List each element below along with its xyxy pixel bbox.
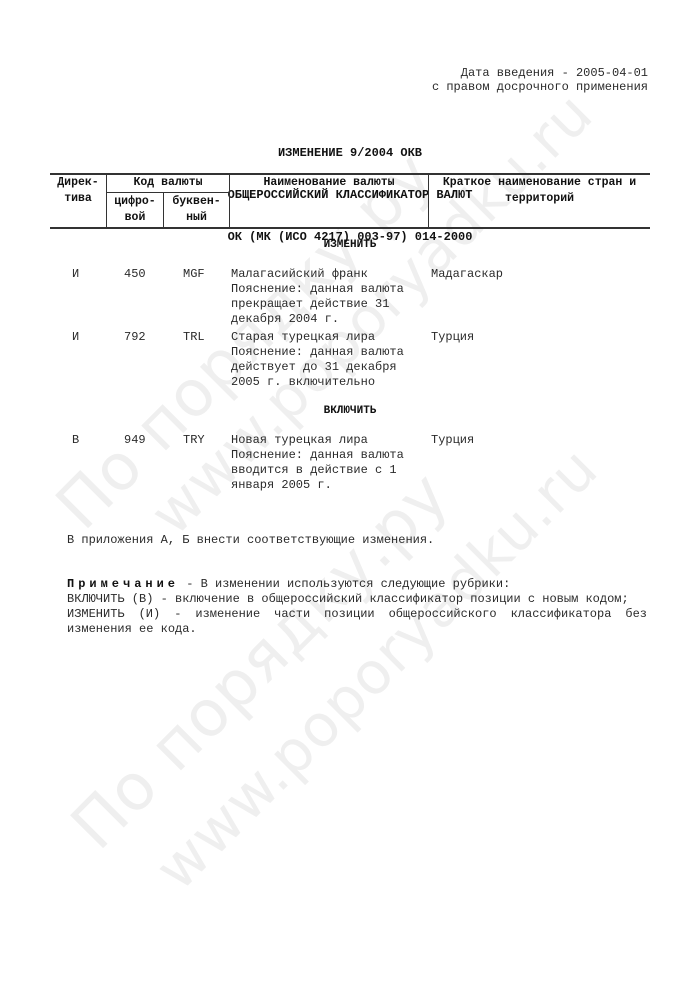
cell-currency-name: Малагасийский франк Пояснение: данная ва…	[231, 267, 426, 327]
cell-directive: И	[72, 330, 79, 345]
cell-alpha-code: TRL	[183, 330, 205, 345]
header-currency-code: Код валюты	[107, 175, 229, 191]
header-alpha: буквен- ный	[164, 194, 229, 226]
early-use-note: с правом досрочного применения	[432, 80, 648, 95]
note-label: Примечание	[67, 577, 179, 591]
note-include-definition: ВКЛЮЧИТЬ (В) - включение в общероссийски…	[67, 592, 647, 607]
header-numeric: цифро- вой	[107, 194, 163, 226]
table-header: Дирек- тива Код валюты цифро- вой буквен…	[50, 173, 650, 228]
cell-currency-name: Новая турецкая лира Пояснение: данная ва…	[231, 433, 426, 493]
cell-alpha-code: TRY	[183, 433, 205, 448]
section-title-change: ИЗМЕНИТЬ	[0, 239, 700, 251]
header-currency-name: Наименование валюты	[230, 175, 428, 191]
cell-directive: И	[72, 267, 79, 282]
cell-numeric-code: 949	[124, 433, 146, 448]
cell-country: Турция	[431, 330, 474, 345]
cell-country: Мадагаскар	[431, 267, 503, 282]
cell-currency-name: Старая турецкая лира Пояснение: данная в…	[231, 330, 426, 390]
note-intro: - В изменении используются следующие руб…	[179, 577, 510, 591]
appendix-note: В приложения А, Б внести соответствующие…	[67, 533, 647, 548]
watermark: www.poporyadku.ru	[142, 434, 611, 903]
header-directive: Дирек- тива	[50, 175, 106, 207]
note-change-definition: ИЗМЕНИТЬ (И) - изменение части позиции о…	[67, 607, 647, 637]
intro-date: Дата введения - 2005-04-01	[461, 66, 648, 81]
header-country: Краткое наименование стран и территорий	[429, 175, 650, 207]
cell-alpha-code: MGF	[183, 267, 205, 282]
watermark: По порядку.ру	[58, 458, 464, 864]
title-line-1: ИЗМЕНЕНИЕ 9/2004 ОКВ	[0, 146, 700, 160]
cell-numeric-code: 450	[124, 267, 146, 282]
section-title-include: ВКЛЮЧИТЬ	[0, 405, 700, 417]
cell-country: Турция	[431, 433, 474, 448]
note-block: Примечание - В изменении используются сл…	[67, 577, 647, 637]
note-heading: Примечание - В изменении используются сл…	[67, 577, 647, 592]
cell-directive: В	[72, 433, 79, 448]
cell-numeric-code: 792	[124, 330, 146, 345]
